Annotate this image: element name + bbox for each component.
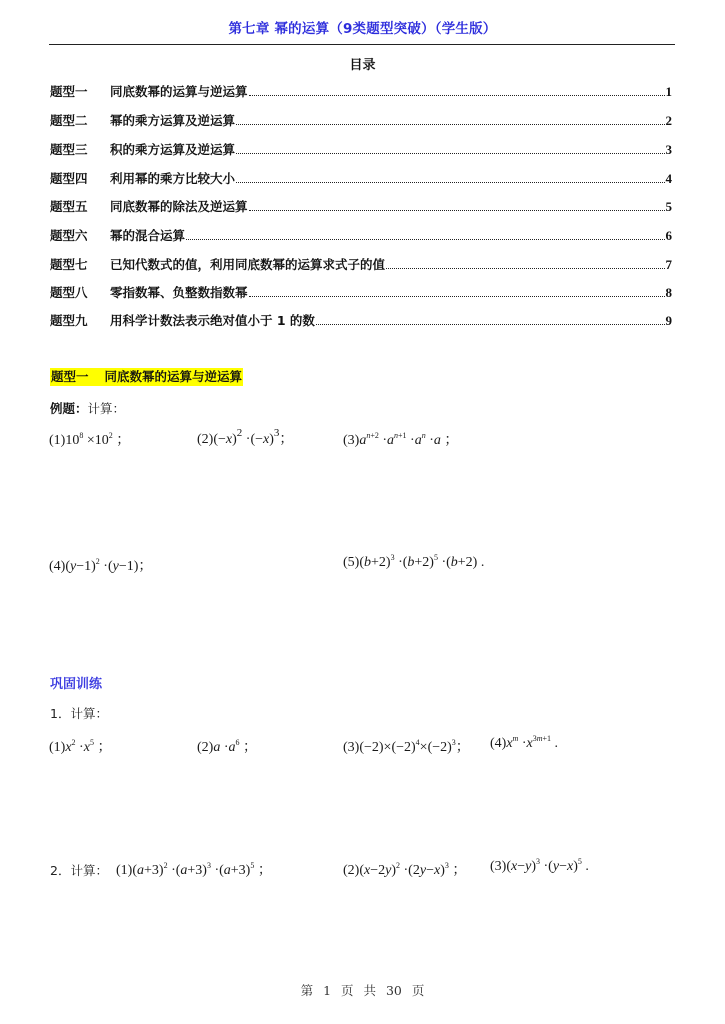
toc-item-page: 1 <box>666 84 673 100</box>
problem-label: (2) <box>197 740 213 755</box>
question-1-label: 1．计算： <box>50 704 108 722</box>
toc-item[interactable]: 题型四 利用幂的乘方比较大小 4 <box>50 169 672 187</box>
example-label-line: 例题：计算： <box>50 399 125 417</box>
toc-item-text: 零指数幂、负整数指数幂 <box>110 283 248 301</box>
problem-label: (4) <box>490 736 506 751</box>
question-2-label: 2．计算： <box>50 861 108 879</box>
toc-item-number: 题型七 <box>50 255 110 273</box>
practice-q2-problem-2: (2)(x−2y)2 ·(2y−x)3 ； <box>343 859 466 879</box>
toc-item[interactable]: 题型二 幂的乘方运算及逆运算 2 <box>50 111 672 129</box>
problem-label: (1) <box>49 740 65 755</box>
problem-label: (2) <box>343 863 359 878</box>
page-footer: 第 1 页 共 30 页 <box>0 981 725 999</box>
toc-leader-dots <box>236 153 664 154</box>
example-label: 例题： <box>50 401 88 416</box>
example-prompt: 计算： <box>88 401 126 416</box>
section-heading: 题型一同底数幂的运算与逆运算 <box>50 368 243 386</box>
toc-leader-dots <box>249 210 665 211</box>
toc-item-number: 题型九 <box>50 311 110 329</box>
practice-q1-problem-4: (4)xm ·x3m+1 . <box>490 736 558 752</box>
document-title: 第七章 幂的运算（9类题型突破）（学生版） <box>0 17 725 37</box>
toc-leader-dots <box>236 182 664 183</box>
example-problem-4: (4)(y−1)2 ·(y−1)； <box>49 555 152 575</box>
toc-item-page: 5 <box>666 199 673 215</box>
toc-item-page: 7 <box>666 257 673 273</box>
toc-item-text: 同底数幂的除法及逆运算 <box>110 197 248 215</box>
toc-item-page: 9 <box>666 313 673 329</box>
toc-item[interactable]: 题型七 已知代数式的值，利用同底数幂的运算求式子的值 7 <box>50 255 672 273</box>
example-problem-5: (5)(b+2)3 ·(b+2)5 ·(b+2) . <box>343 555 484 571</box>
practice-q1-problem-1: (1)x2 ·x5 ； <box>49 736 111 756</box>
practice-q2-problem-3: (3)(x−y)3 ·(y−x)5 . <box>490 859 589 875</box>
toc-item-text: 利用幂的乘方比较大小 <box>110 169 235 187</box>
toc-item-number: 题型二 <box>50 111 110 129</box>
problem-label: (5) <box>343 555 359 570</box>
toc-item-page: 3 <box>666 142 673 158</box>
toc-leader-dots <box>249 296 665 297</box>
toc-item-page: 4 <box>666 171 673 187</box>
problem-label: (2) <box>197 432 213 447</box>
toc-item-page: 8 <box>666 285 673 301</box>
section-title-text: 同底数幂的运算与逆运算 <box>105 369 243 384</box>
toc-item-text: 幂的乘方运算及逆运算 <box>110 111 235 129</box>
toc-item-number: 题型四 <box>50 169 110 187</box>
toc-item-number: 题型五 <box>50 197 110 215</box>
toc-item[interactable]: 题型一 同底数幂的运算与逆运算 1 <box>50 82 672 100</box>
toc-item-number: 题型三 <box>50 140 110 158</box>
section-number: 题型一 <box>51 369 89 384</box>
practice-q1-problem-3: (3)(−2)×(−2)4×(−2)3； <box>343 736 470 756</box>
toc-item-text: 已知代数式的值，利用同底数幂的运算求式子的值 <box>110 255 385 273</box>
example-problem-2: (2)(−x)2 ·(−x)3； <box>197 428 293 448</box>
toc-item-text: 积的乘方运算及逆运算 <box>110 140 235 158</box>
toc-item[interactable]: 题型八 零指数幂、负整数指数幂 8 <box>50 283 672 301</box>
problem-label: (3) <box>343 433 359 448</box>
toc-leader-dots <box>249 95 665 96</box>
toc-leader-dots <box>386 268 664 269</box>
toc-item-number: 题型六 <box>50 226 110 244</box>
toc-item[interactable]: 题型五 同底数幂的除法及逆运算 5 <box>50 197 672 215</box>
toc-item-number: 题型一 <box>50 82 110 100</box>
toc-item[interactable]: 题型三 积的乘方运算及逆运算 3 <box>50 140 672 158</box>
toc-leader-dots <box>236 124 664 125</box>
toc-item-number: 题型八 <box>50 283 110 301</box>
toc-item-page: 6 <box>666 228 673 244</box>
problem-label: (4) <box>49 559 65 574</box>
header-divider <box>49 44 675 45</box>
problem-label: (3) <box>490 859 506 874</box>
problem-label: (1) <box>116 863 132 878</box>
toc-leader-dots <box>186 239 664 240</box>
example-problem-1: (1)108 ×102 ； <box>49 429 130 449</box>
toc-item[interactable]: 题型九 用科学计数法表示绝对值小于 1 的数 9 <box>50 311 672 329</box>
toc-item-text: 同底数幂的运算与逆运算 <box>110 82 248 100</box>
problem-label: (1) <box>49 433 65 448</box>
toc-leader-dots <box>316 324 665 325</box>
toc-item-text: 幂的混合运算 <box>110 226 185 244</box>
example-problem-3: (3)an+2 ·an+1 ·an ·a ； <box>343 429 458 449</box>
problem-label: (3) <box>343 740 359 755</box>
toc-item[interactable]: 题型六 幂的混合运算 6 <box>50 226 672 244</box>
practice-q1-problem-2: (2)a ·a6 ； <box>197 736 257 756</box>
toc-heading: 目录 <box>0 54 725 73</box>
toc-item-page: 2 <box>666 113 673 129</box>
practice-q2-problem-1: (1)(a+3)2 ·(a+3)3 ·(a+3)5 ； <box>116 859 272 879</box>
practice-heading: 巩固训练 <box>50 673 102 692</box>
toc-item-text: 用科学计数法表示绝对值小于 1 的数 <box>110 311 315 329</box>
